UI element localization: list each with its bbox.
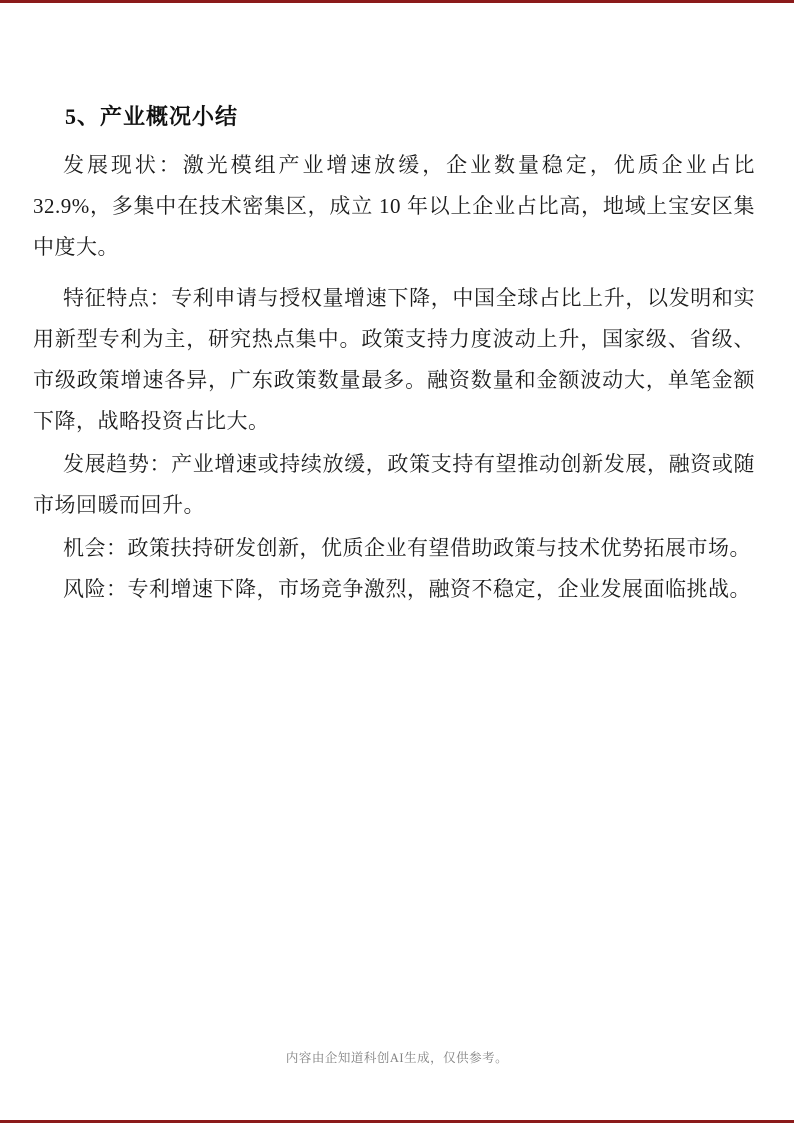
paragraph-development-status: 发展现状：激光模组产业增速放缓，企业数量稳定，优质企业占比32.9%，多集中在技… <box>33 145 755 268</box>
footer-disclaimer: 内容由企知道科创AI生成，仅供参考。 <box>0 1050 794 1066</box>
document-content: 5、产业概况小结 发展现状：激光模组产业增速放缓，企业数量稳定，优质企业占比32… <box>33 0 755 610</box>
paragraph-development-trend: 发展趋势：产业增速或持续放缓，政策支持有望推动创新发展，融资或随市场回暖而回升。 <box>33 444 755 526</box>
paragraph-risks: 风险：专利增速下降，市场竞争激烈，融资不稳定，企业发展面临挑战。 <box>33 569 755 610</box>
section-heading: 5、产业概况小结 <box>65 102 755 132</box>
paragraph-characteristics: 特征特点：专利申请与授权量增速下降，中国全球占比上升，以发明和实用新型专利为主，… <box>33 278 755 442</box>
paragraph-opportunities: 机会：政策扶持研发创新，优质企业有望借助政策与技术优势拓展市场。 <box>33 528 755 569</box>
document-page: 5、产业概况小结 发展现状：激光模组产业增速放缓，企业数量稳定，优质企业占比32… <box>0 0 794 1123</box>
